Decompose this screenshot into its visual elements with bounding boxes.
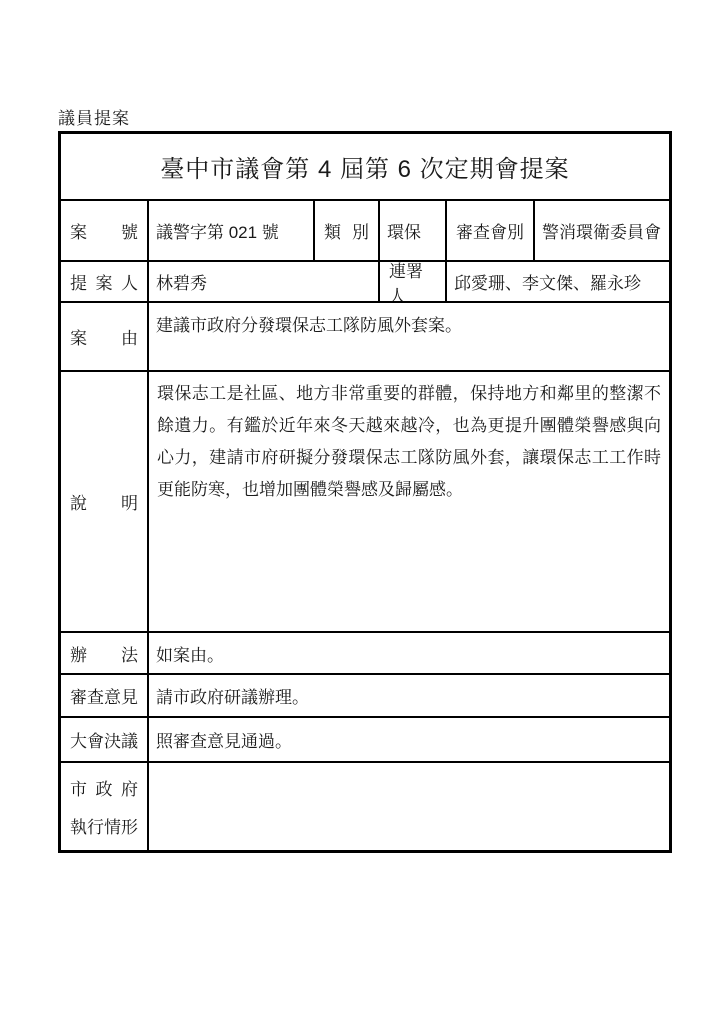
committee-value: 警消環衛委員會 xyxy=(535,201,669,260)
subject-label: 案由 xyxy=(61,303,149,370)
proposer-row: 提案人 林碧秀 連署人 邱愛珊、李文傑、羅永珍 xyxy=(61,262,669,303)
committee-label: 審查會別 xyxy=(447,201,535,260)
method-row: 辦法 如案由。 xyxy=(61,633,669,675)
cosigners-value: 邱愛珊、李文傑、羅永珍 xyxy=(447,262,669,301)
category-label: 類別 xyxy=(315,201,380,260)
case-number-value: 議警字第 021 號 xyxy=(149,201,315,260)
case-number-row: 案號 議警字第 021 號 類別 環保 審查會別 警消環衛委員會 xyxy=(61,201,669,262)
cosigners-label: 連署人 xyxy=(380,262,447,301)
form-title: 臺中市議會第 4 屆第 6 次定期會提案 xyxy=(61,149,669,184)
resolution-label: 大會決議 xyxy=(61,718,149,761)
explanation-label: 說明 xyxy=(61,372,149,631)
execution-row: 市政府 執行情形 xyxy=(61,763,669,850)
proposer-value: 林碧秀 xyxy=(149,262,380,301)
subject-row: 案由 建議市政府分發環保志工隊防風外套案。 xyxy=(61,303,669,372)
proposal-document-page: 議員提案 臺中市議會第 4 屆第 6 次定期會提案 案號 議警字第 021 號 … xyxy=(0,0,724,1024)
subject-value: 建議市政府分發環保志工隊防風外套案。 xyxy=(149,303,669,370)
proposer-label: 提案人 xyxy=(61,262,149,301)
execution-value xyxy=(149,763,669,850)
title-row: 臺中市議會第 4 屆第 6 次定期會提案 xyxy=(61,134,669,201)
resolution-value: 照審查意見通過。 xyxy=(149,718,669,761)
explanation-value: 環保志工是社區、地方非常重要的群體，保持地方和鄰里的整潔不餘遺力。有鑑於近年來冬… xyxy=(149,372,669,631)
explanation-row: 說明 環保志工是社區、地方非常重要的群體，保持地方和鄰里的整潔不餘遺力。有鑑於近… xyxy=(61,372,669,633)
method-label: 辦法 xyxy=(61,633,149,673)
review-opinion-value: 請市政府研議辦理。 xyxy=(149,675,669,716)
explanation-paragraph: 環保志工是社區、地方非常重要的群體，保持地方和鄰里的整潔不餘遺力。有鑑於近年來冬… xyxy=(149,372,669,506)
review-opinion-label: 審查意見 xyxy=(61,675,149,716)
doc-type-label: 議員提案 xyxy=(58,104,130,129)
proposal-form-table: 臺中市議會第 4 屆第 6 次定期會提案 案號 議警字第 021 號 類別 環保… xyxy=(58,131,672,853)
review-opinion-row: 審查意見 請市政府研議辦理。 xyxy=(61,675,669,718)
case-number-label: 案號 xyxy=(61,201,149,260)
category-value: 環保 xyxy=(380,201,447,260)
execution-label: 市政府 執行情形 xyxy=(61,763,149,850)
method-value: 如案由。 xyxy=(149,633,669,673)
resolution-row: 大會決議 照審查意見通過。 xyxy=(61,718,669,763)
